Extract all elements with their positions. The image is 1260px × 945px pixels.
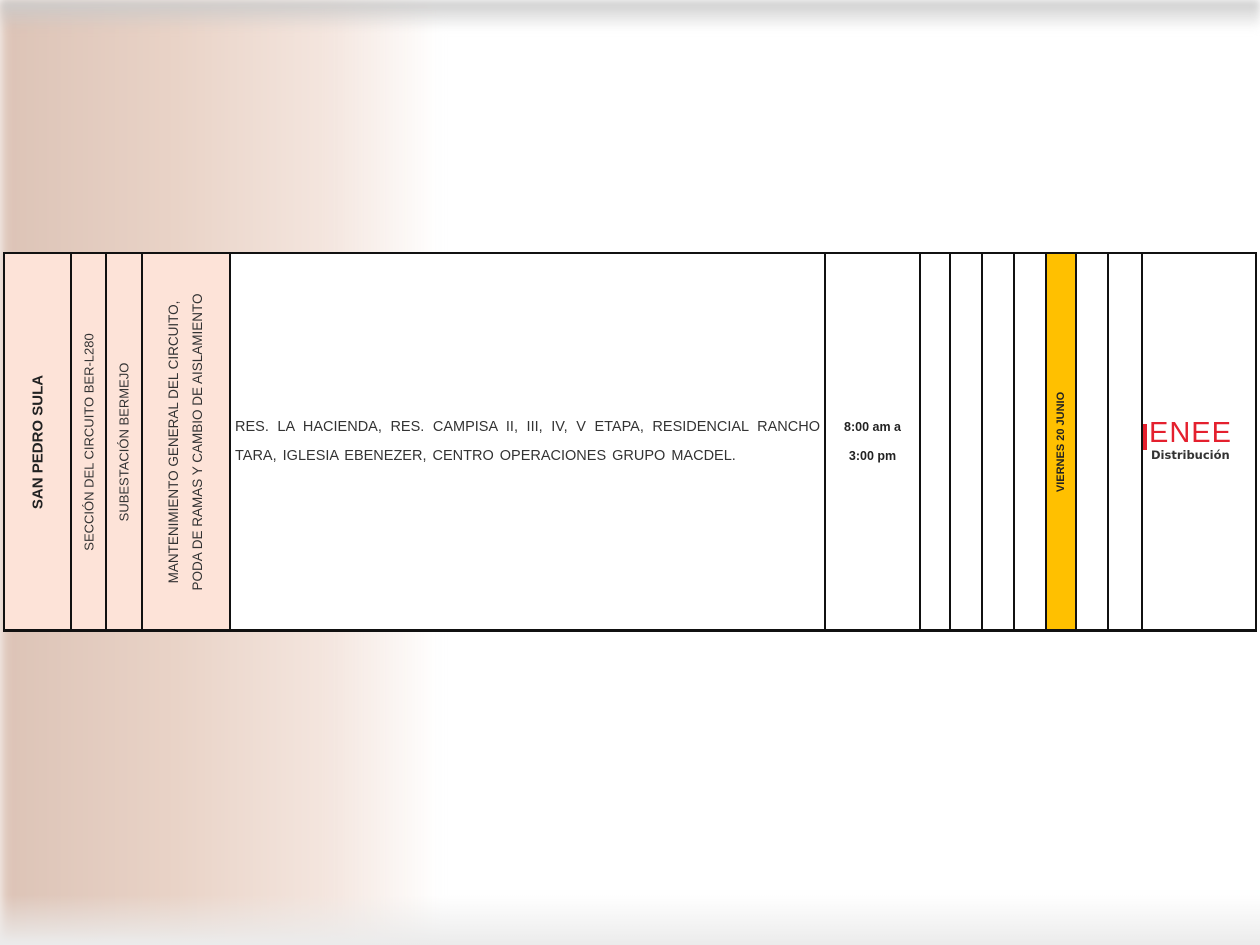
work-description-cell: MANTENIMIENTO GENERAL DEL CIRCUITO, PODA… <box>141 254 229 629</box>
affected-areas-cell: RES. LA HACIENDA, RES. CAMPISA II, III, … <box>229 254 824 629</box>
enee-logo-mark-icon <box>1141 424 1147 450</box>
time-start: 8:00 am a <box>826 413 919 442</box>
work-description-line-2: PODA DE RAMAS Y CAMBIO DE AISLAMIENTO <box>186 293 210 590</box>
logo-subtitle: Distribución <box>1151 448 1230 462</box>
schedule-table-row: SAN PEDRO SULA SECCIÓN DEL CIRCUITO BER-… <box>3 252 1257 632</box>
enee-logo: ENEE Distribución <box>1141 420 1257 464</box>
affected-areas-text: RES. LA HACIENDA, RES. CAMPISA II, III, … <box>235 413 820 471</box>
day-cell <box>1075 254 1107 629</box>
work-description-line-1: MANTENIMIENTO GENERAL DEL CIRCUITO, <box>162 293 186 590</box>
day-cell <box>981 254 1013 629</box>
day-cell <box>1013 254 1045 629</box>
date-label: VIERNES 20 JUNIO <box>1055 391 1067 491</box>
blurred-background-bottom <box>0 895 1260 945</box>
substation-label: SUBESTACIÓN BERMEJO <box>117 362 132 521</box>
city-cell: SAN PEDRO SULA <box>3 254 70 629</box>
day-cell <box>919 254 949 629</box>
logo-brand: ENEE <box>1149 417 1232 450</box>
time-cell: 8:00 am a 3:00 pm <box>824 254 919 629</box>
substation-cell: SUBESTACIÓN BERMEJO <box>105 254 141 629</box>
blurred-background-top <box>0 0 1260 30</box>
day-cell <box>949 254 981 629</box>
time-range: 8:00 am a 3:00 pm <box>826 413 919 471</box>
city-label: SAN PEDRO SULA <box>29 374 46 508</box>
day-cell <box>1107 254 1141 629</box>
logo-cell: ENEE Distribución <box>1141 254 1257 629</box>
work-description: MANTENIMIENTO GENERAL DEL CIRCUITO, PODA… <box>162 293 210 590</box>
date-highlight-cell: VIERNES 20 JUNIO <box>1045 254 1075 629</box>
time-end: 3:00 pm <box>826 442 919 471</box>
circuit-cell: SECCIÓN DEL CIRCUITO BER-L280 <box>70 254 105 629</box>
circuit-label: SECCIÓN DEL CIRCUITO BER-L280 <box>81 333 96 550</box>
